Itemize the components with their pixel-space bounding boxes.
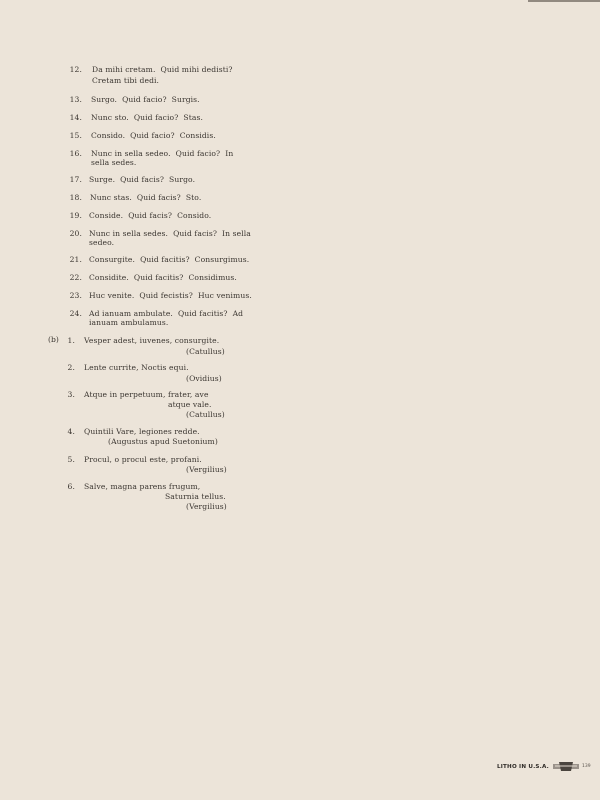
printer-logo-icon — [553, 762, 579, 771]
attribution: (Catullus) — [186, 409, 225, 420]
attribution: (Ovidius) — [186, 373, 222, 384]
printer-imprint: LITHO IN U.S.A. — [497, 764, 549, 770]
attribution: (Vergilius) — [186, 464, 227, 475]
attribution: (Catullus) — [186, 346, 225, 357]
attribution: (Augustus apud Suetonium) — [108, 436, 218, 447]
attribution: (Vergilius) — [186, 501, 227, 512]
print-code: 139 — [582, 764, 591, 769]
page-edge-shadow — [528, 0, 600, 2]
